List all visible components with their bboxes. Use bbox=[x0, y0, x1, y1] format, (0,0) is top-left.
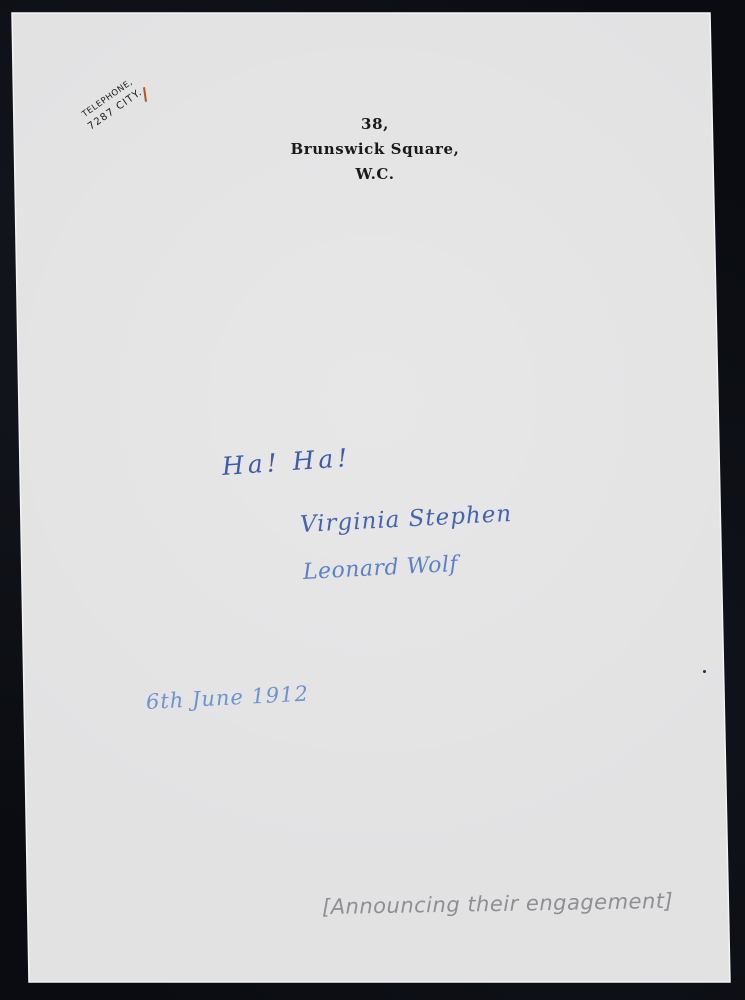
address-number: 38, bbox=[270, 112, 480, 137]
address-district: W.C. bbox=[270, 162, 480, 187]
ink-speck bbox=[703, 670, 706, 673]
letterhead-address: 38, Brunswick Square, W.C. bbox=[270, 112, 480, 187]
address-street: Brunswick Square, bbox=[270, 137, 480, 162]
